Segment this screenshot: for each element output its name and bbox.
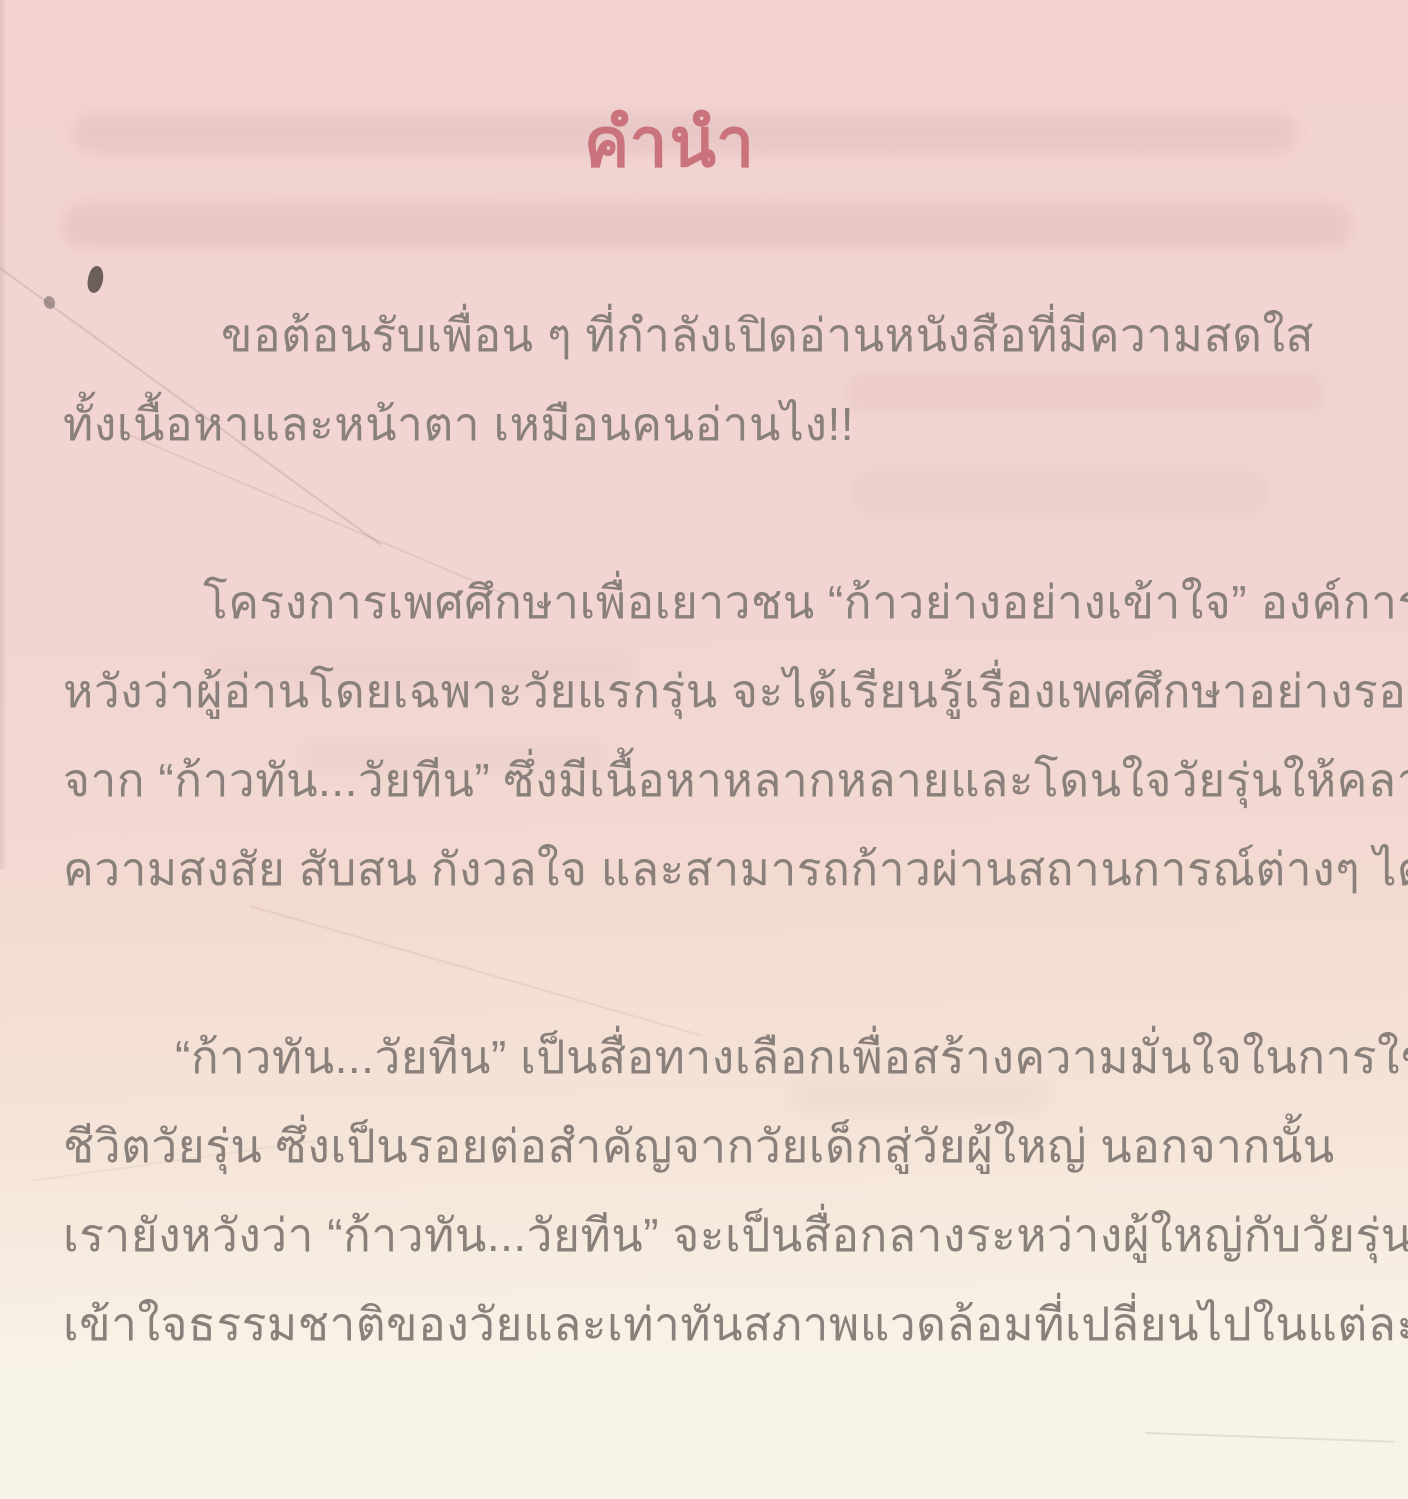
preface-body: ขอต้อนรับเพื่อน ๆ ที่กำลังเปิดอ่านหนังสื… [63,291,1352,1369]
paper-scratch [1145,1432,1395,1442]
paragraph: “ก้าวทัน...วัยทีน” เป็นสื่อทางเลือกเพื่อ… [63,1013,1352,1369]
text-line: ชีวิตวัยรุ่น ซึ่งเป็นรอยต่อสำคัญจากวัยเด… [63,1102,1352,1191]
paragraph: โครงการเพศศึกษาเพื่อเยาวชน “ก้าวย่างอย่า… [63,558,1352,914]
text-line: ทั้งเนื้อหาและหน้าตา เหมือนคนอ่านไง!! [63,380,1352,469]
text-line: หวังว่าผู้อ่านโดยเฉพาะวัยแรกรุ่น จะได้เร… [63,647,1352,736]
text-line: จาก “ก้าวทัน...วัยทีน” ซึ่งมีเนื้อหาหลาก… [63,736,1352,825]
preface-title: คำนำ [0,88,1340,196]
ink-speck [85,265,106,295]
text-line: ความสงสัย สับสน กังวลใจ และสามารถก้าวผ่า… [63,825,1352,914]
text-line: ขอต้อนรับเพื่อน ๆ ที่กำลังเปิดอ่านหนังสื… [63,291,1352,380]
text-line: “ก้าวทัน...วัยทีน” เป็นสื่อทางเลือกเพื่อ… [63,1013,1352,1102]
bleed-through-smudge [62,203,1352,249]
text-line: เข้าใจธรรมชาติของวัยและเท่าทันสภาพแวดล้อ… [63,1280,1352,1369]
text-line: โครงการเพศศึกษาเพื่อเยาวชน “ก้าวย่างอย่า… [63,558,1352,647]
paragraph: ขอต้อนรับเพื่อน ๆ ที่กำลังเปิดอ่านหนังสื… [63,291,1352,469]
text-line: เรายังหวังว่า “ก้าวทัน...วัยทีน” จะเป็นส… [63,1191,1352,1280]
scanned-book-page: คำนำ ขอต้อนรับเพื่อน ๆ ที่กำลังเปิดอ่านห… [0,0,1408,1499]
